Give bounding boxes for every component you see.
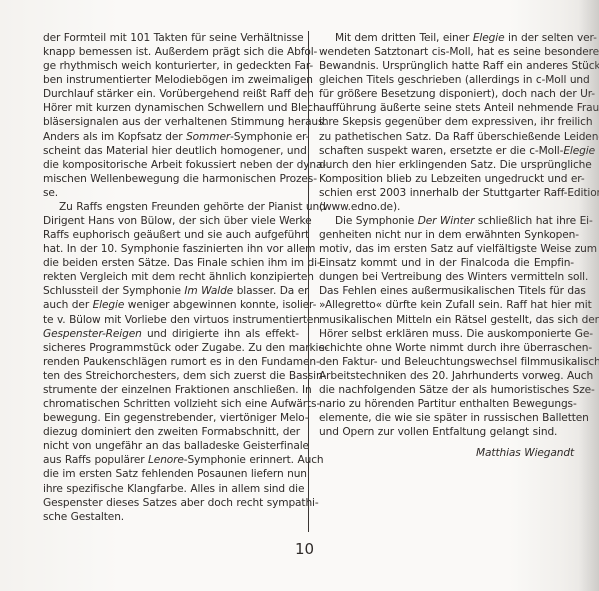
text-line: diezug dominiert den zweiten Formabschni… [43, 425, 299, 439]
text-line: ben instrumentierter Melodiebögen im zwe… [43, 73, 299, 87]
text-line: »Allegretto« dürfte kein Zufall sein. Ra… [319, 298, 574, 312]
text-line: auch der Elegie weniger abgewinnen konnt… [43, 298, 299, 312]
text-line: die im ersten Satz fehlenden Posaunen li… [43, 467, 299, 481]
text-line: Die Symphonie Der Winter schließlich hat… [319, 214, 574, 228]
text-line: aus Raffs populärer Lenore-Symphonie eri… [43, 453, 299, 467]
text-line: der Formteil mit 101 Takten für seine Ve… [43, 31, 299, 45]
text-line: und Opern zur vollen Entfaltung gelangt … [319, 425, 574, 439]
page-edge-shadow [579, 0, 599, 591]
text-line: gleichen Titels geschrieben (allerdings … [319, 73, 574, 87]
booklet-page: der Formteil mit 101 Takten für seine Ve… [0, 0, 599, 591]
text-line: Gespenster dieses Satzes aber doch recht… [43, 496, 299, 510]
text-line: renden Paukenschlägen rumort es in den F… [43, 355, 299, 369]
text-line: die nachfolgenden Sätze der als humorist… [319, 383, 574, 397]
text-line: schien erst 2003 innerhalb der Stuttgart… [319, 186, 574, 200]
text-line: rekten Vergleich mit dem recht ähnlich k… [43, 270, 299, 284]
text-line: durch den hier erklingenden Satz. Die ur… [319, 158, 574, 172]
page-number: 10 [295, 540, 314, 558]
text-line: mischen Wellenbewegung die harmonischen … [43, 172, 299, 186]
text-line: Hörer mit kurzen dynamischen Schwellern … [43, 101, 299, 115]
text-line: elemente, die wie sie später in russisch… [319, 411, 574, 425]
text-line: ge rhythmisch weich konturierter, in ged… [43, 59, 299, 73]
text-line: für größere Besetzung disponiert), doch … [319, 87, 574, 101]
text-line: die beiden ersten Sätze. Das Finale schi… [43, 256, 299, 270]
text-line: aufführung äußerte seine stets Anteil ne… [319, 101, 574, 115]
text-line: den Faktur- und Beleuchtungswechsel film… [319, 355, 574, 369]
text-line: scheint das Material hier deutlich homog… [43, 144, 299, 158]
text-line: genheiten nicht nur in dem erwähnten Syn… [319, 228, 574, 242]
text-line: Hörer selbst erklären muss. Die auskompo… [319, 327, 574, 341]
text-line: (www.edno.de). [319, 200, 574, 214]
right-paragraphs: Mit dem dritten Teil, einer Elegie in de… [319, 31, 574, 439]
text-line: hat. In der 10. Symphonie faszinierten i… [43, 242, 299, 256]
text-line: sche Gestalten. [43, 510, 299, 524]
text-line: nario zu hörenden Partitur enthalten Bew… [319, 397, 574, 411]
text-line: te v. Bülow mit Vorliebe den virtuos ins… [43, 313, 299, 327]
left-text-column: der Formteil mit 101 Takten für seine Ve… [43, 31, 299, 524]
paragraph-p2: Zu Raffs engsten Freunden gehörte der Pi… [43, 200, 299, 524]
text-line: zu pathetischen Satz. Da Raff überschieß… [319, 130, 574, 144]
text-line: chromatischen Schritten vollzieht sich e… [43, 397, 299, 411]
text-line: motiv, das im ersten Satz auf vielfältig… [319, 242, 574, 256]
text-line: musikalischen Mitteln ein Rätsel gestell… [319, 313, 574, 327]
italic-title: Elegie [93, 299, 125, 311]
text-line: wendeten Satztonart cis-Moll, hat es sei… [319, 45, 574, 59]
text-line: Einsatz kommt und in der Finalcoda die E… [319, 256, 574, 270]
text-line: knapp bemessen ist. Außerdem prägt sich … [43, 45, 299, 59]
text-line: ihre Skepsis gegenüber dem expressiven, … [319, 115, 574, 129]
text-line: die kompositorische Arbeit fokussiert ne… [43, 158, 299, 172]
italic-title: Lenore [148, 454, 184, 466]
author-signature: Matthias Wiegandt [319, 446, 574, 460]
text-line: Schlussteil der Symphonie Im Walde blass… [43, 284, 299, 298]
italic-title: Elegie [473, 32, 505, 44]
text-line: Dirigent Hans von Bülow, der sich über v… [43, 214, 299, 228]
italic-title: Sommer [186, 131, 230, 143]
italic-title: Der Winter [418, 215, 475, 227]
text-line: Komposition blieb zu Lebzeiten ungedruck… [319, 172, 574, 186]
text-line: bewegung. Ein gegenstrebender, viertönig… [43, 411, 299, 425]
text-line: Arbeitstechniken des 20. Jahrhunderts vo… [319, 369, 574, 383]
text-line: Zu Raffs engsten Freunden gehörte der Pi… [43, 200, 299, 214]
text-line: Mit dem dritten Teil, einer Elegie in de… [319, 31, 574, 45]
text-line: nicht von ungefähr an das balladeske Gei… [43, 439, 299, 453]
italic-title: Gespenster-Reigen [43, 328, 142, 340]
column-divider-line [308, 31, 309, 532]
text-line: Durchlauf stärker ein. Vorübergehend rei… [43, 87, 299, 101]
text-line: sicheres Programmstück oder Zugabe. Zu d… [43, 341, 299, 355]
text-line: Bewandnis. Ursprünglich hatte Raff ein a… [319, 59, 574, 73]
text-line: Raffs euphorisch geäußert und sie auch a… [43, 228, 299, 242]
paragraph-p1: der Formteil mit 101 Takten für seine Ve… [43, 31, 299, 200]
text-line: bläsersignalen aus der verhaltenen Stimm… [43, 115, 299, 129]
text-line: ten des Streichorchesters, dem sich zuer… [43, 369, 299, 383]
text-line: se. [43, 186, 299, 200]
right-text-column: Mit dem dritten Teil, einer Elegie in de… [319, 31, 574, 460]
paragraph-p3: Mit dem dritten Teil, einer Elegie in de… [319, 31, 574, 214]
text-line: ihre spezifische Klangfarbe. Alles in al… [43, 482, 299, 496]
text-line: schichte ohne Worte nimmt durch ihre übe… [319, 341, 574, 355]
text-line: dungen bei Vertreibung des Winters vermi… [319, 270, 574, 284]
italic-title: Im Walde [184, 285, 233, 297]
paragraph-p4: Die Symphonie Der Winter schließlich hat… [319, 214, 574, 439]
text-line: schaften suspekt waren, ersetzte er die … [319, 144, 574, 158]
text-line: Anders als im Kopfsatz der Sommer-Sympho… [43, 130, 299, 144]
text-line: Das Fehlen eines außermusikalischen Tite… [319, 284, 574, 298]
text-line: Gespenster-Reigen und dirigierte ihn als… [43, 327, 299, 341]
text-line: strumente der einzelnen Fraktionen ansch… [43, 383, 299, 397]
